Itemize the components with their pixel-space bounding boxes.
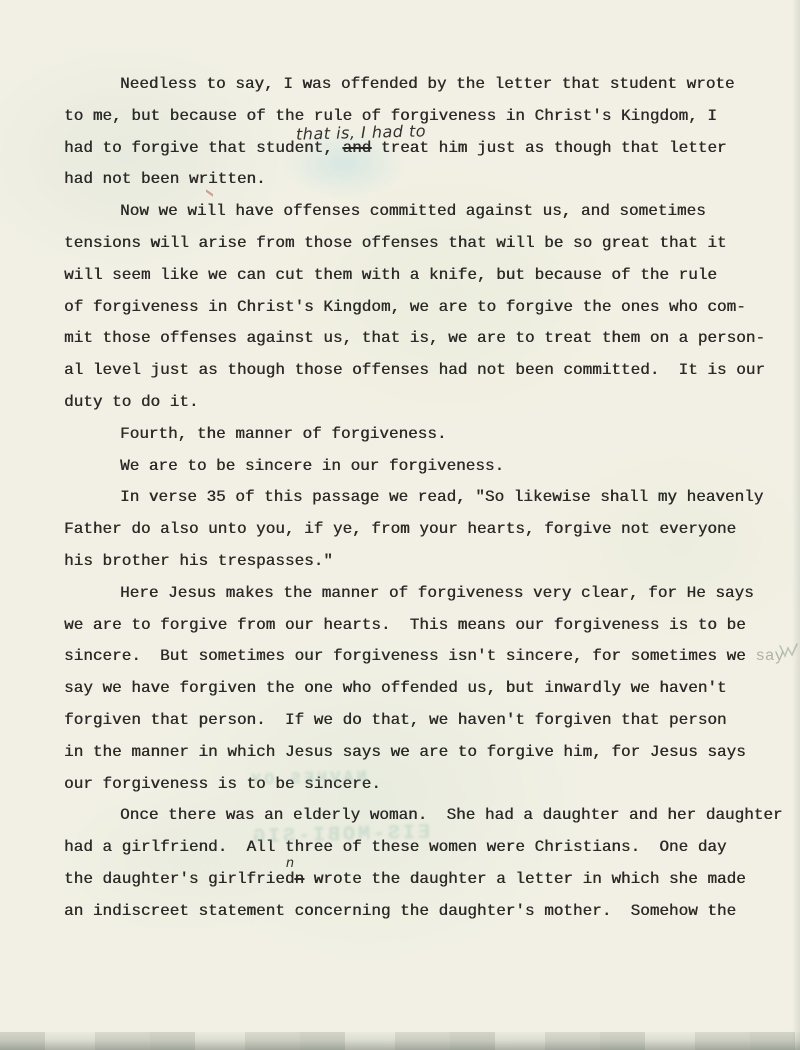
show-through-text: EIS-MOBI-SIG xyxy=(250,822,431,850)
text-line: In verse 35 of this passage we read, "So… xyxy=(64,482,774,514)
text-line: Needless to say, I was offended by the l… xyxy=(64,69,774,101)
show-through-text: NAVHES OY xyxy=(248,768,367,790)
red-speck xyxy=(206,188,213,198)
typed-text: mit those offenses against us, that is, … xyxy=(64,329,765,347)
typed-text: we are to forgive from our hearts. This … xyxy=(64,616,746,634)
text-line: Fourth, the manner of forgiveness. xyxy=(64,419,774,451)
typed-text: dn xyxy=(285,870,295,888)
text-line: the daughter's girlfriednn wrote the dau… xyxy=(64,864,774,896)
typed-text: Father do also unto you, if ye, from you… xyxy=(64,520,736,538)
typed-text: Here Jesus makes the manner of forgivene… xyxy=(120,584,754,602)
typed-text: the daughter's girlfrie xyxy=(64,870,285,888)
typed-text: Once there was an elderly woman. She had… xyxy=(120,806,783,824)
typed-text: will seem like we can cut them with a kn… xyxy=(64,266,717,284)
typed-text: sincere. But sometimes our forgiveness i… xyxy=(64,647,755,665)
text-line: mit those offenses against us, that is, … xyxy=(64,323,774,355)
text-line: will seem like we can cut them with a kn… xyxy=(64,260,774,292)
text-line: We are to be sincere in our forgiveness. xyxy=(64,451,774,483)
typed-text: Now we will have offenses committed agai… xyxy=(120,202,706,220)
handwritten-insertion: that is, I had to xyxy=(296,121,427,143)
text-line: say we have forgiven the one who offende… xyxy=(64,673,774,705)
typed-text: forgiven that person. If we do that, we … xyxy=(64,711,727,729)
typed-text: We are to be sincere in our forgiveness. xyxy=(120,457,504,475)
text-line: an indiscreet statement concerning the d… xyxy=(64,896,774,928)
handwritten-caret-letter: n xyxy=(286,857,294,870)
typed-text: tensions will arise from those offenses … xyxy=(64,234,727,252)
text-line: forgiven that person. If we do that, we … xyxy=(64,705,774,737)
text-line: Now we will have offenses committed agai… xyxy=(64,196,774,228)
text-line: our forgiveness is to be sincere. xyxy=(64,769,774,801)
typed-text: duty to do it. xyxy=(64,393,198,411)
typed-text: had not been written. xyxy=(64,170,266,188)
text-line: Here Jesus makes the manner of forgivene… xyxy=(64,578,774,610)
typed-text: say we have forgiven the one who offende… xyxy=(64,679,727,697)
text-line: al level just as though those offenses h… xyxy=(64,355,774,387)
scan-right-edge xyxy=(792,0,800,1050)
text-line: in the manner in which Jesus says we are… xyxy=(64,737,774,769)
text-line: of forgiveness in Christ's Kingdom, we a… xyxy=(64,292,774,324)
text-line: his brother his trespasses." xyxy=(64,546,774,578)
scan-bottom-edge xyxy=(0,1032,800,1050)
typewritten-lines: Needless to say, I was offended by the l… xyxy=(64,69,774,928)
text-line: tensions will arise from those offenses … xyxy=(64,228,774,260)
typed-text: In verse 35 of this passage we read, "So… xyxy=(120,488,763,506)
text-line: we are to forgive from our hearts. This … xyxy=(64,610,774,642)
struck-text: n xyxy=(294,870,304,888)
text-line: Father do also unto you, if ye, from you… xyxy=(64,514,774,546)
typed-text: treat him just as though that letter xyxy=(371,139,726,157)
text-line: duty to do it. xyxy=(64,387,774,419)
typed-text: his brother his trespasses." xyxy=(64,552,333,570)
typed-text: al level just as though those offenses h… xyxy=(64,361,765,379)
text-line: had not been written. xyxy=(64,164,774,196)
typed-text: Needless to say, I was offended by the l… xyxy=(120,75,735,93)
typed-text: wrote the daughter a letter in which she… xyxy=(304,870,746,888)
text-line: sincere. But sometimes our forgiveness i… xyxy=(64,641,774,673)
typed-text: an indiscreet statement concerning the d… xyxy=(64,902,736,920)
typed-text: of forgiveness in Christ's Kingdom, we a… xyxy=(64,298,746,316)
typed-text: in the manner in which Jesus says we are… xyxy=(64,743,746,761)
typed-text: Fourth, the manner of forgiveness. xyxy=(120,425,446,443)
